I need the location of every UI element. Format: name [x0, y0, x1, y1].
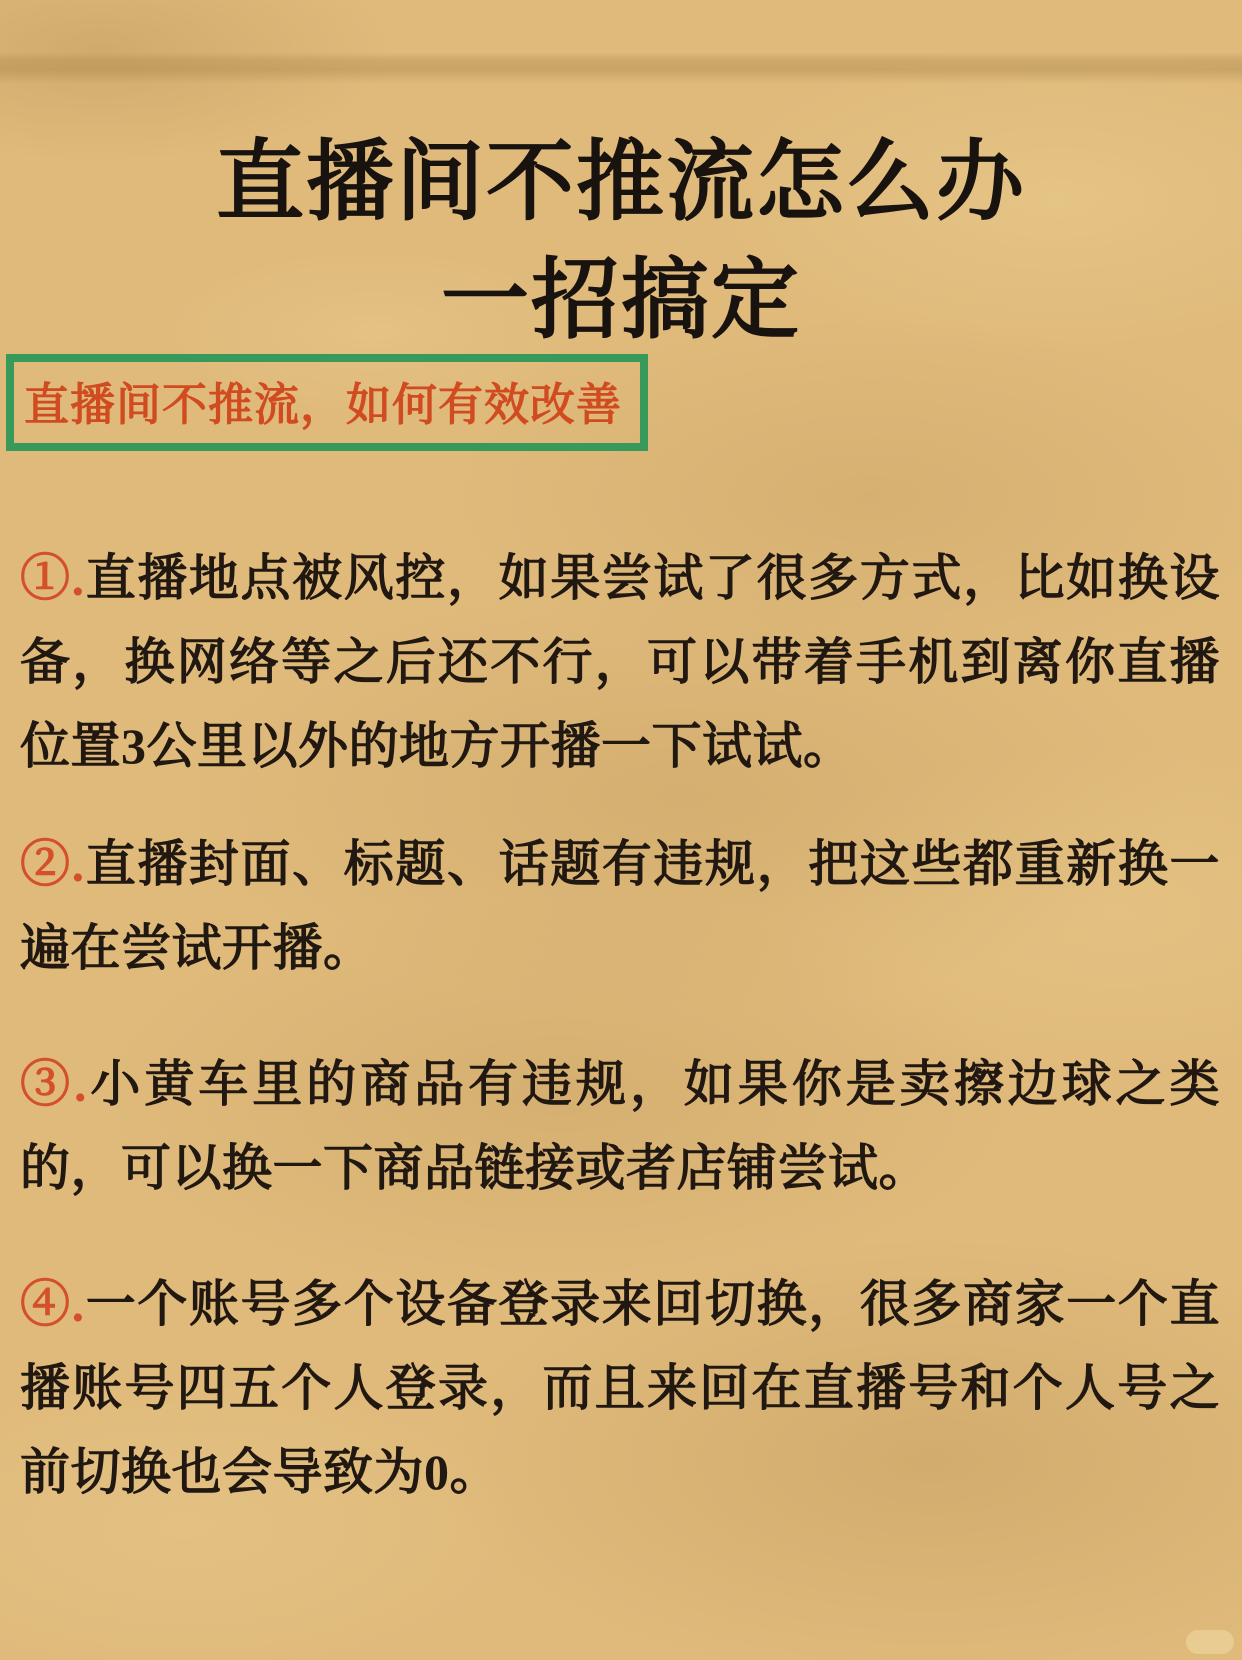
tip-paragraph-3: ③.小黄车里的商品有违规，如果你是卖擦边球之类的，可以换一下商品链接或者店铺尝试… [20, 1042, 1220, 1210]
watermark-badge [1186, 1630, 1234, 1654]
tip-3-text: 小黄车里的商品有违规，如果你是卖擦边球之类的，可以换一下商品链接或者店铺尝试。 [20, 1056, 1220, 1196]
page-title-line-2: 一招搞定 [0, 243, 1242, 361]
tip-1-text: 直播地点被风控，如果尝试了很多方式，比如换设备，换网络等之后还不行，可以带着手机… [20, 550, 1220, 774]
poster-page: 直播间不推流怎么办 一招搞定 直播间不推流，如何有效改善 ①.直播地点被风控，如… [0, 0, 1242, 1660]
tip-4-number: ④. [20, 1276, 85, 1332]
tip-paragraph-1: ①.直播地点被风控，如果尝试了很多方式，比如换设备，换网络等之后还不行，可以带着… [20, 536, 1220, 788]
subtitle-text: 直播间不推流，如何有效改善 [24, 380, 622, 430]
page-title-line-1: 直播间不推流怎么办 [0, 125, 1242, 243]
tip-paragraph-4: ④.一个账号多个设备登录来回切换，很多商家一个直播账号四五个人登录，而且来回在直… [20, 1262, 1220, 1514]
tip-4-text: 一个账号多个设备登录来回切换，很多商家一个直播账号四五个人登录，而且来回在直播号… [20, 1276, 1220, 1500]
subtitle-highlight-box: 直播间不推流，如何有效改善 [6, 354, 648, 451]
tip-2-text: 直播封面、标题、话题有违规，把这些都重新换一遍在尝试开播。 [20, 836, 1220, 976]
tip-2-number: ②. [20, 836, 85, 892]
page-title: 直播间不推流怎么办 一招搞定 [0, 125, 1242, 361]
tip-paragraph-2: ②.直播封面、标题、话题有违规，把这些都重新换一遍在尝试开播。 [20, 822, 1220, 990]
tip-3-number: ③. [20, 1056, 87, 1112]
tip-1-number: ①. [20, 550, 85, 606]
